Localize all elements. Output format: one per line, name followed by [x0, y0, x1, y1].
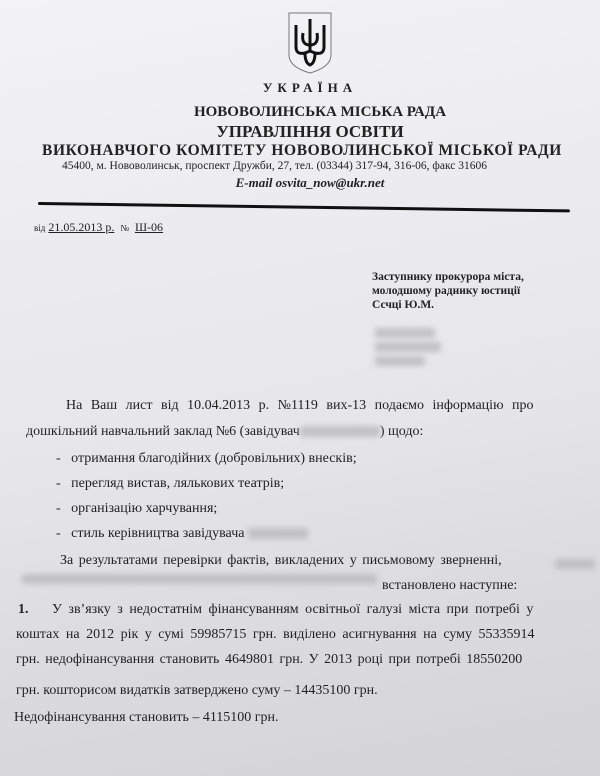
- redacted-text: [375, 356, 425, 366]
- list-item-text: стиль керівництва завідувача: [71, 526, 244, 541]
- addressee-block: Заступнику прокурора міста, молодшому ра…: [372, 270, 524, 312]
- addressee-line-3: Ссчці Ю.М.: [372, 298, 524, 312]
- intro-line-1: На Ваш лист від 10.04.2013 р. №1119 вих-…: [66, 398, 534, 414]
- list-item-text: організацію харчування;: [71, 501, 217, 516]
- point1-line-4: грн. кошторисом видатків затверджено сум…: [16, 683, 378, 699]
- intro-line-2: дошкільний навчальний заклад №6 (завідув…: [26, 424, 423, 440]
- office-address: 45400, м. Нововолинськ, проспект Дружби,…: [62, 160, 487, 172]
- department-heading: УПРАВЛІННЯ ОСВІТИ: [0, 122, 600, 142]
- intro-text-end: ) щодо:: [380, 424, 424, 439]
- reference-line: від 21.05.2013 р. № Ш-06: [34, 220, 163, 235]
- office-email: E-mail osvita_now@ukr.net: [0, 175, 600, 191]
- letterhead-divider: [38, 202, 570, 212]
- point1-line-1: У зв’язку з недостатнім фінансуванням ос…: [52, 602, 533, 618]
- list-item-text: отримання благодійних (добровільних) вне…: [71, 451, 356, 466]
- point1-line-5: Недофінансування становить – 4115100 грн…: [14, 710, 279, 726]
- redacted-text: [300, 426, 380, 437]
- date-prefix: від: [34, 223, 45, 233]
- point1-line-2: коштах на 2012 рік у сумі 59985715 грн. …: [16, 627, 535, 643]
- list-item: - організацію харчування;: [56, 501, 217, 517]
- letter-number: Ш-06: [135, 220, 163, 234]
- committee-heading: ВИКОНАВЧОГО КОМІТЕТУ НОВОВОЛИНСЬКОЇ МІСЬ…: [42, 142, 562, 160]
- letter-date: 21.05.2013 р.: [48, 220, 114, 234]
- intro-text: дошкільний навчальний заклад №6 (завідув…: [26, 424, 300, 439]
- list-item-text: перегляд вистав, лялькових театрів;: [71, 476, 284, 491]
- addressee-line-1: Заступнику прокурора міста,: [372, 270, 524, 284]
- addressee-line-2: молодшому раднику юстиції: [372, 284, 524, 298]
- number-prefix: №: [120, 223, 129, 233]
- list-item: - отримання благодійних (добровільних) в…: [56, 451, 357, 467]
- list-item: - стиль керівництва завідувача: [56, 526, 308, 542]
- ukraine-trident-icon: [287, 11, 333, 75]
- country-heading: УКРАЇНА: [0, 80, 600, 96]
- list-item: - перегляд вистав, лялькових театрів;: [56, 476, 284, 492]
- redacted-text: [555, 559, 595, 569]
- council-heading: НОВОВОЛИНСЬКА МІСЬКА РАДА: [0, 104, 600, 121]
- point-number: 1.: [18, 602, 29, 618]
- redacted-text: [375, 328, 435, 338]
- redacted-text: [22, 574, 377, 584]
- point1-line-3: грн. недофінансування становить 4649801 …: [16, 652, 522, 668]
- results-line-2: встановлено наступне:: [382, 578, 517, 594]
- redacted-text: [248, 528, 308, 539]
- results-line-1: За результатами перевірки фактів, виклад…: [60, 553, 502, 569]
- redacted-text: [375, 342, 441, 352]
